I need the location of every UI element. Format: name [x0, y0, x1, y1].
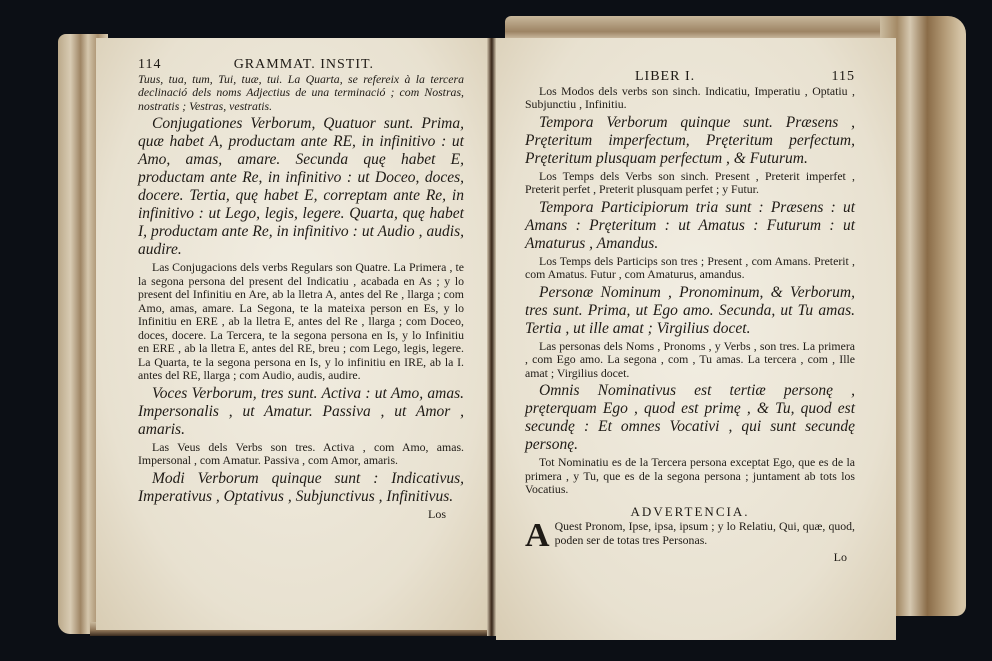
- paragraph: Las personas dels Noms , Pronoms , y Ver…: [525, 340, 855, 381]
- open-book-photo: 114 GRAMMAT. INSTIT. Tuus, tua, tum, Tui…: [0, 0, 992, 661]
- left-running-head: 114 GRAMMAT. INSTIT.: [138, 58, 464, 72]
- book-gutter: [487, 38, 496, 636]
- paragraph: Los Modos dels verbs son sinch. Indicati…: [525, 85, 855, 112]
- paragraph: Las Veus dels Verbs son tres. Activa , c…: [138, 441, 464, 468]
- right-running-head: LIBER I. 115: [525, 70, 855, 84]
- paragraph: Tot Nominatiu es de la Tercera persona e…: [525, 456, 855, 497]
- paragraph: Voces Verborum, tres sunt. Activa : ut A…: [138, 385, 464, 439]
- paragraph: Tuus, tua, tum, Tui, tuæ, tui. La Quarta…: [138, 73, 464, 114]
- section-title: ADVERTENCIA.: [525, 505, 855, 519]
- paragraph: Las Conjugacions dels verbs Regulars son…: [138, 261, 464, 383]
- right-catchword: Lo: [525, 551, 855, 565]
- paragraph: Omnis Nominativus est tertiæ personę , p…: [525, 382, 855, 454]
- left-running-title: GRAMMAT. INSTIT.: [234, 58, 374, 72]
- paragraph: Conjugationes Verborum, Quatuor sunt. Pr…: [138, 115, 464, 259]
- advertencia-block: A Quest Pronom, Ipse, ipsa, ipsum ; y lo…: [525, 520, 855, 547]
- paragraph: Personæ Nominum , Pronominum, & Verborum…: [525, 284, 855, 338]
- left-page-number: 114: [138, 58, 161, 72]
- paragraph: Los Temps dels Particips son tres ; Pres…: [525, 255, 855, 282]
- left-page-text: 114 GRAMMAT. INSTIT. Tuus, tua, tum, Tui…: [138, 58, 464, 521]
- left-catchword: Los: [138, 508, 464, 522]
- right-running-title: LIBER I.: [635, 70, 695, 84]
- right-page-number: 115: [832, 70, 855, 84]
- paragraph: Los Temps dels Verbs son sinch. Present …: [525, 170, 855, 197]
- paragraph: Tempora Participiorum tria sunt : Præsen…: [525, 199, 855, 253]
- drop-cap: A: [525, 521, 550, 551]
- advertencia-text: Quest Pronom, Ipse, ipsa, ipsum ; y lo R…: [555, 519, 855, 547]
- paragraph: Tempora Verborum quinque sunt. Præsens ,…: [525, 114, 855, 168]
- right-page-text: LIBER I. 115 Los Modos dels verbs son si…: [525, 70, 855, 565]
- paragraph: Modi Verborum quinque sunt : Indicativus…: [138, 470, 464, 506]
